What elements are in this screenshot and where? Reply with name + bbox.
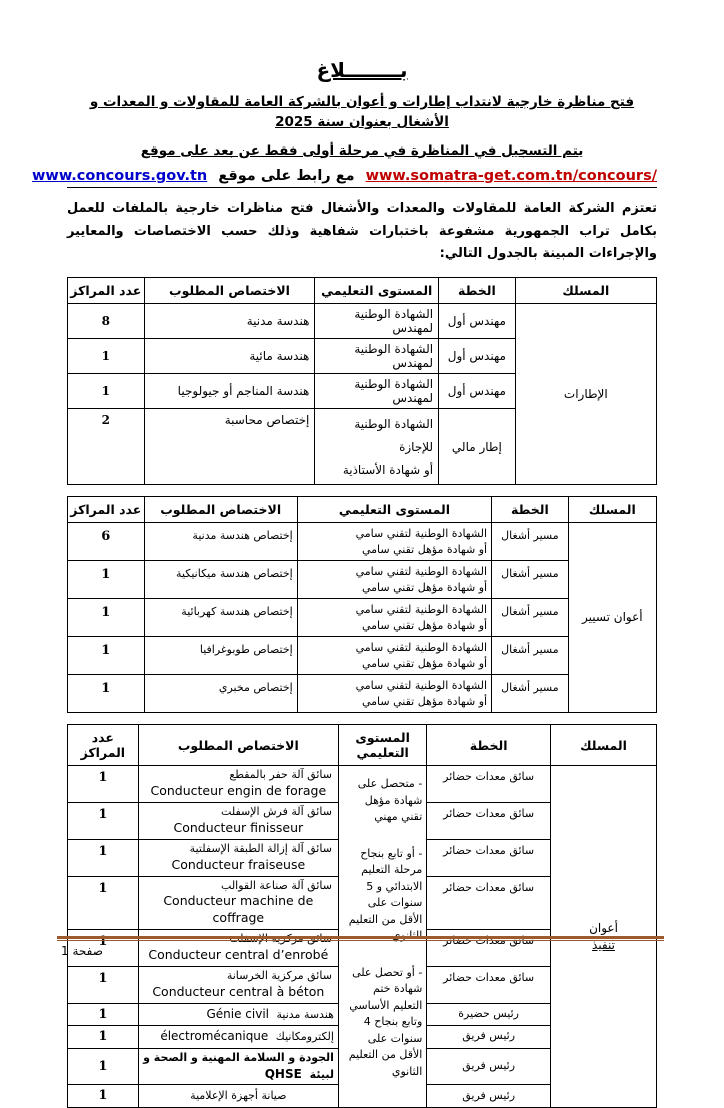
level-line1: الشهادة الوطنية للإجازة [320,413,433,459]
links-line: www.somatra-get.com.tn/concours/ مع رابط… [67,168,657,188]
header-level: المستوى التعليمي [338,725,426,766]
count-cell: 1 [68,876,139,930]
plan-cell: سائق معدات حضائر [427,876,551,930]
count-cell: 1 [68,966,139,1003]
table-management-agents: المسلك الخطة المستوى التعليمي الاختصاص ا… [67,496,657,713]
footer-rule-thick [57,936,664,939]
level-line2: أو شهادة الأستاذية [320,459,433,482]
table-row: مسير أشغال الشهادة الوطنية لتقني سامي أو… [68,675,657,713]
spec-cell: إلكترومكانيك électromécanique [138,1026,338,1049]
level-cell: الشهادة الوطنية لتقني سامي أو شهادة مؤهل… [297,675,491,713]
plan-cell: سائق معدات حضائر [427,966,551,1003]
announcement-line: فتح مناظرة خارجية لانتداب إطارات و أعوان… [67,92,657,133]
header-spec: الاختصاص المطلوب [144,278,315,304]
header-track: المسلك [568,497,656,523]
count-cell: 1 [68,675,145,713]
header-count: عدد المراكز [68,497,145,523]
plan-cell: مسير أشغال [492,523,569,561]
level-bullet: - أو تابع بنجاح مرحلة التعليم الابتدائي … [343,846,422,945]
page-footer: صفحة 1 [57,936,664,958]
count-cell: 1 [68,766,139,803]
level-bullet: - أو تحصل على شهادة ختم التعليم الأساسي … [343,965,422,1081]
spec-arabic: سائق آلة حفر بالمقطع [143,768,334,783]
level-line1: الشهادة الوطنية لتقني سامي [302,602,487,618]
spec-cell: إختصاص طوبوغرافيا [144,637,297,675]
spec-cell: إختصاص هندسة ميكانيكية [144,561,297,599]
spec-cell: سائق آلة حفر بالمقطع Conducteur engin de… [138,766,338,803]
level-line2: أو شهادة مؤهل تقني سامي [302,656,487,672]
count-cell: 1 [68,839,139,876]
count-cell: 1 [68,599,145,637]
spec-arabic: صيانة أجهزة الإعلامية [190,1089,286,1102]
header-track: المسلك [550,725,656,766]
document-title: بــــــــلاغ [67,58,657,82]
spec-cell: هندسة مدنية [144,304,315,339]
plan-cell: رئيس فريق [427,1048,551,1085]
plan-cell: رئيس حضيرة [427,1003,551,1026]
header-count: عدد المراكز [68,725,139,766]
table-row: الإطارات مهندس أول الشهادة الوطنية لمهند… [68,304,657,339]
spec-cell: صيانة أجهزة الإعلامية [138,1085,338,1108]
count-cell: 1 [68,803,139,840]
spec-arabic: سائق آلة إزالة الطبقة الإسفلتية [143,842,334,857]
link-middle-text: مع رابط على موقع [218,168,354,184]
spec-arabic: سائق آلة صناعة القوالب [143,879,334,894]
spec-cell: إختصاص هندسة كهربائية [144,599,297,637]
plan-cell: رئيس فريق [427,1085,551,1108]
spec-cell: سائق مركزية الخرسانة Conducteur central … [138,966,338,1003]
plan-cell: مسير أشغال [492,637,569,675]
header-level: المستوى التعليمي [315,278,439,304]
level-cell: الشهادة الوطنية لمهندس [315,304,439,339]
count-cell: 1 [68,1048,139,1085]
plan-cell: إطار مالي [439,409,516,485]
table-row: مسير أشغال الشهادة الوطنية لتقني سامي أو… [68,637,657,675]
concours-link[interactable]: www.concours.gov.tn [32,168,207,184]
level-line2: أو شهادة مؤهل تقني سامي [302,618,487,634]
level-cell: الشهادة الوطنية لتقني سامي أو شهادة مؤهل… [297,523,491,561]
count-cell: 1 [68,1026,139,1049]
level-cell: الشهادة الوطنية لمهندس [315,374,439,409]
level-bullet: - متحصل على شهادة مؤهل تقني مهني [343,776,422,826]
table-row: أعوان تنفيذ سائق معدات حضائر - متحصل على… [68,766,657,803]
spec-cell: هندسة المناجم أو جيولوجيا [144,374,315,409]
header-spec: الاختصاص المطلوب [144,497,297,523]
table-row: المسلك الخطة المستوى التعليمي الاختصاص ا… [68,278,657,304]
plan-cell: مسير أشغال [492,599,569,637]
plan-cell: سائق معدات حضائر [427,803,551,840]
table-row: المسلك الخطة المستوى التعليمي الاختصاص ا… [68,497,657,523]
intro-paragraph: تعتزم الشركة العامة للمقاولات والمعدات و… [67,198,657,266]
spec-french: Génie civil [206,1007,269,1021]
spec-cell: هندسة مائية [144,339,315,374]
spec-cell: إختصاص هندسة مدنية [144,523,297,561]
spec-cell: سائق آلة إزالة الطبقة الإسفلتية Conducte… [138,839,338,876]
track-cell: أعوان تسيير [568,523,656,713]
level-cell: الشهادة الوطنية لتقني سامي أو شهادة مؤهل… [297,561,491,599]
spec-french: Conducteur central à béton [143,984,334,1001]
count-cell: 2 [68,409,145,485]
spec-cell: هندسة مدنية Génie civil [138,1003,338,1026]
count-cell: 6 [68,523,145,561]
plan-cell: سائق معدات حضائر [427,766,551,803]
spec-cell: إختصاص محاسبة [144,409,315,485]
spec-arabic: الجودة و السلامة المهنية و الصحة و لبيئة [143,1051,334,1081]
count-cell: 1 [68,374,145,409]
plan-cell: مهندس أول [439,374,516,409]
spec-arabic: سائق آلة فرش الإسفلت [143,805,334,820]
count-cell: 1 [68,561,145,599]
table-row: المسلك الخطة المستوى التعليمي الاختصاص ا… [68,725,657,766]
table-row: مسير أشغال الشهادة الوطنية لتقني سامي أو… [68,561,657,599]
level-cell: الشهادة الوطنية للإجازة أو شهادة الأستاذ… [315,409,439,485]
plan-cell: مهندس أول [439,304,516,339]
registration-line: يتم التسجيل في المناظرة في مرحلة أولى فق… [67,141,657,161]
spec-french: Conducteur fraiseuse [143,857,334,874]
spec-arabic: إلكترومكانيك [276,1030,334,1043]
spec-french: Conducteur machine de coffrage [143,893,334,927]
header-plan: الخطة [427,725,551,766]
document-page: { "header": { "title": "بــــــــلاغ", "… [0,0,724,1024]
plan-cell: مسير أشغال [492,561,569,599]
table-row: مسير أشغال الشهادة الوطنية لتقني سامي أو… [68,599,657,637]
header-level: المستوى التعليمي [297,497,491,523]
level-cell: الشهادة الوطنية لتقني سامي أو شهادة مؤهل… [297,599,491,637]
plan-cell: رئيس فريق [427,1026,551,1049]
level-line1: الشهادة الوطنية لتقني سامي [302,564,487,580]
spec-french: QHSE [265,1067,302,1081]
count-cell: 8 [68,304,145,339]
level-line2: أو شهادة مؤهل تقني سامي [302,694,487,710]
spec-cell: إختصاص مخبري [144,675,297,713]
spec-arabic: هندسة مدنية [277,1008,334,1021]
spec-cell: سائق آلة فرش الإسفلت Conducteur finisseu… [138,803,338,840]
plan-cell: مهندس أول [439,339,516,374]
table-execution-agents: المسلك الخطة المستوى التعليمي الاختصاص ا… [67,724,657,1108]
level-cell: الشهادة الوطنية لمهندس [315,339,439,374]
header-track: المسلك [515,278,656,304]
somatra-link[interactable]: www.somatra-get.com.tn/concours/ [366,168,657,184]
track-cell: الإطارات [515,304,656,485]
spec-arabic: سائق مركزية الخرسانة [143,969,334,984]
count-cell: 1 [68,339,145,374]
table-row: أعوان تسيير مسير أشغال الشهادة الوطنية ل… [68,523,657,561]
page-number: صفحة 1 [57,944,664,958]
spec-cell: سائق آلة صناعة القوالب Conducteur machin… [138,876,338,930]
plan-cell: مسير أشغال [492,675,569,713]
header-plan: الخطة [492,497,569,523]
spec-cell: الجودة و السلامة المهنية و الصحة و لبيئة… [138,1048,338,1085]
spec-french: Conducteur finisseur [143,820,334,837]
level-line1: الشهادة الوطنية لتقني سامي [302,526,487,542]
header-spec: الاختصاص المطلوب [138,725,338,766]
spec-french: électromécanique [160,1029,268,1043]
count-cell: 1 [68,1085,139,1108]
level-line2: أو شهادة مؤهل تقني سامي [302,542,487,558]
spec-french: Conducteur engin de forage [143,783,334,800]
track-line1: أعوان [555,920,652,936]
header-count: عدد المراكز [68,278,145,304]
table-executives: المسلك الخطة المستوى التعليمي الاختصاص ا… [67,277,657,485]
header-plan: الخطة [439,278,516,304]
level-cell: الشهادة الوطنية لتقني سامي أو شهادة مؤهل… [297,637,491,675]
level-line1: الشهادة الوطنية لتقني سامي [302,678,487,694]
level-line2: أو شهادة مؤهل تقني سامي [302,580,487,596]
plan-cell: سائق معدات حضائر [427,839,551,876]
count-cell: 1 [68,1003,139,1026]
count-cell: 1 [68,637,145,675]
level-line1: الشهادة الوطنية لتقني سامي [302,640,487,656]
footer-rule-thin [57,940,664,941]
